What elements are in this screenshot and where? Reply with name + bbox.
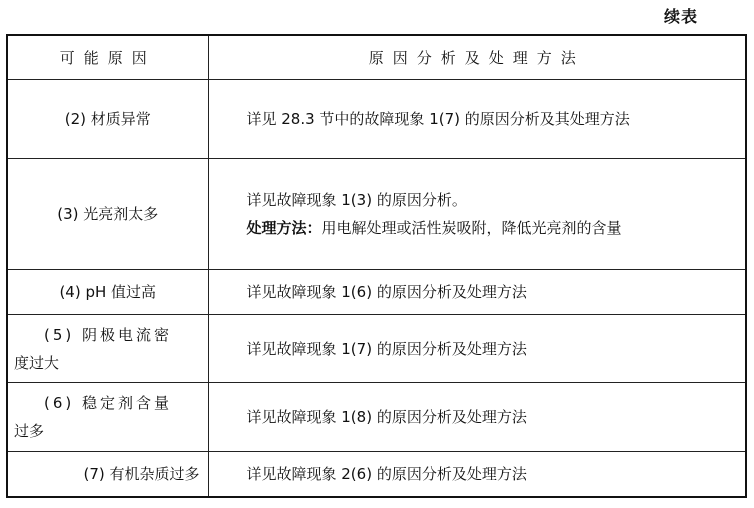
cause-cell: (6) 稳定剂含量过多 (7, 383, 208, 452)
analysis-cell: 详见故障现象 1(7) 的原因分析及处理方法 (208, 315, 746, 383)
cause-analysis-table: 可能原因 原因分析及处理方法 (2) 材质异常 详见 28.3 节中的故障现象 … (6, 34, 747, 498)
cause-line-2: 过多 (14, 417, 200, 445)
analysis-text: 详见故障现象 2(6) 的原因分析及处理方法 (217, 460, 738, 488)
table-continued-caption: 续表 (664, 4, 698, 27)
analysis-cell: 详见故障现象 1(8) 的原因分析及处理方法 (208, 383, 746, 452)
table-row: (4) pH 值过高 详见故障现象 1(6) 的原因分析及处理方法 (7, 270, 746, 315)
analysis-cell: 详见故障现象 1(3) 的原因分析。 处理方法：用电解处理或活性炭吸附，降低光亮… (208, 159, 746, 270)
table-row: (7) 有机杂质过多 详见故障现象 2(6) 的原因分析及处理方法 (7, 452, 746, 497)
analysis-text: 详见故障现象 1(7) 的原因分析及处理方法 (217, 335, 738, 363)
cause-cell: (7) 有机杂质过多 (7, 452, 208, 497)
analysis-text: 详见故障现象 1(8) 的原因分析及处理方法 (217, 403, 738, 431)
cause-cell: (4) pH 值过高 (7, 270, 208, 315)
cause-line-1: (5) 阴极电流密 (14, 321, 200, 349)
analysis-text: 详见故障现象 1(6) 的原因分析及处理方法 (217, 278, 738, 306)
analysis-cell: 详见 28.3 节中的故障现象 1(7) 的原因分析及其处理方法 (208, 80, 746, 159)
analysis-cell: 详见故障现象 2(6) 的原因分析及处理方法 (208, 452, 746, 497)
cause-line-2: 度过大 (14, 349, 200, 377)
table-row: (5) 阴极电流密度过大 详见故障现象 1(7) 的原因分析及处理方法 (7, 315, 746, 383)
header-possible-cause: 可能原因 (7, 35, 208, 80)
header-analysis-method: 原因分析及处理方法 (208, 35, 746, 80)
cause-cell: (2) 材质异常 (7, 80, 208, 159)
cause-line-1: (6) 稳定剂含量 (14, 389, 200, 417)
table-row: (3) 光亮剂太多 详见故障现象 1(3) 的原因分析。 处理方法：用电解处理或… (7, 159, 746, 270)
analysis-text: 详见故障现象 1(3) 的原因分析。 (217, 186, 738, 214)
cause-cell: (5) 阴极电流密度过大 (7, 315, 208, 383)
analysis-cell: 详见故障现象 1(6) 的原因分析及处理方法 (208, 270, 746, 315)
cause-cell: (3) 光亮剂太多 (7, 159, 208, 270)
method-label: 处理方法： (247, 219, 322, 237)
method-text: 用电解处理或活性炭吸附，降低光亮剂的含量 (322, 219, 622, 237)
analysis-text: 详见 28.3 节中的故障现象 1(7) 的原因分析及其处理方法 (217, 105, 738, 133)
table-row: (6) 稳定剂含量过多 详见故障现象 1(8) 的原因分析及处理方法 (7, 383, 746, 452)
table-row: (2) 材质异常 详见 28.3 节中的故障现象 1(7) 的原因分析及其处理方… (7, 80, 746, 159)
table-header-row: 可能原因 原因分析及处理方法 (7, 35, 746, 80)
